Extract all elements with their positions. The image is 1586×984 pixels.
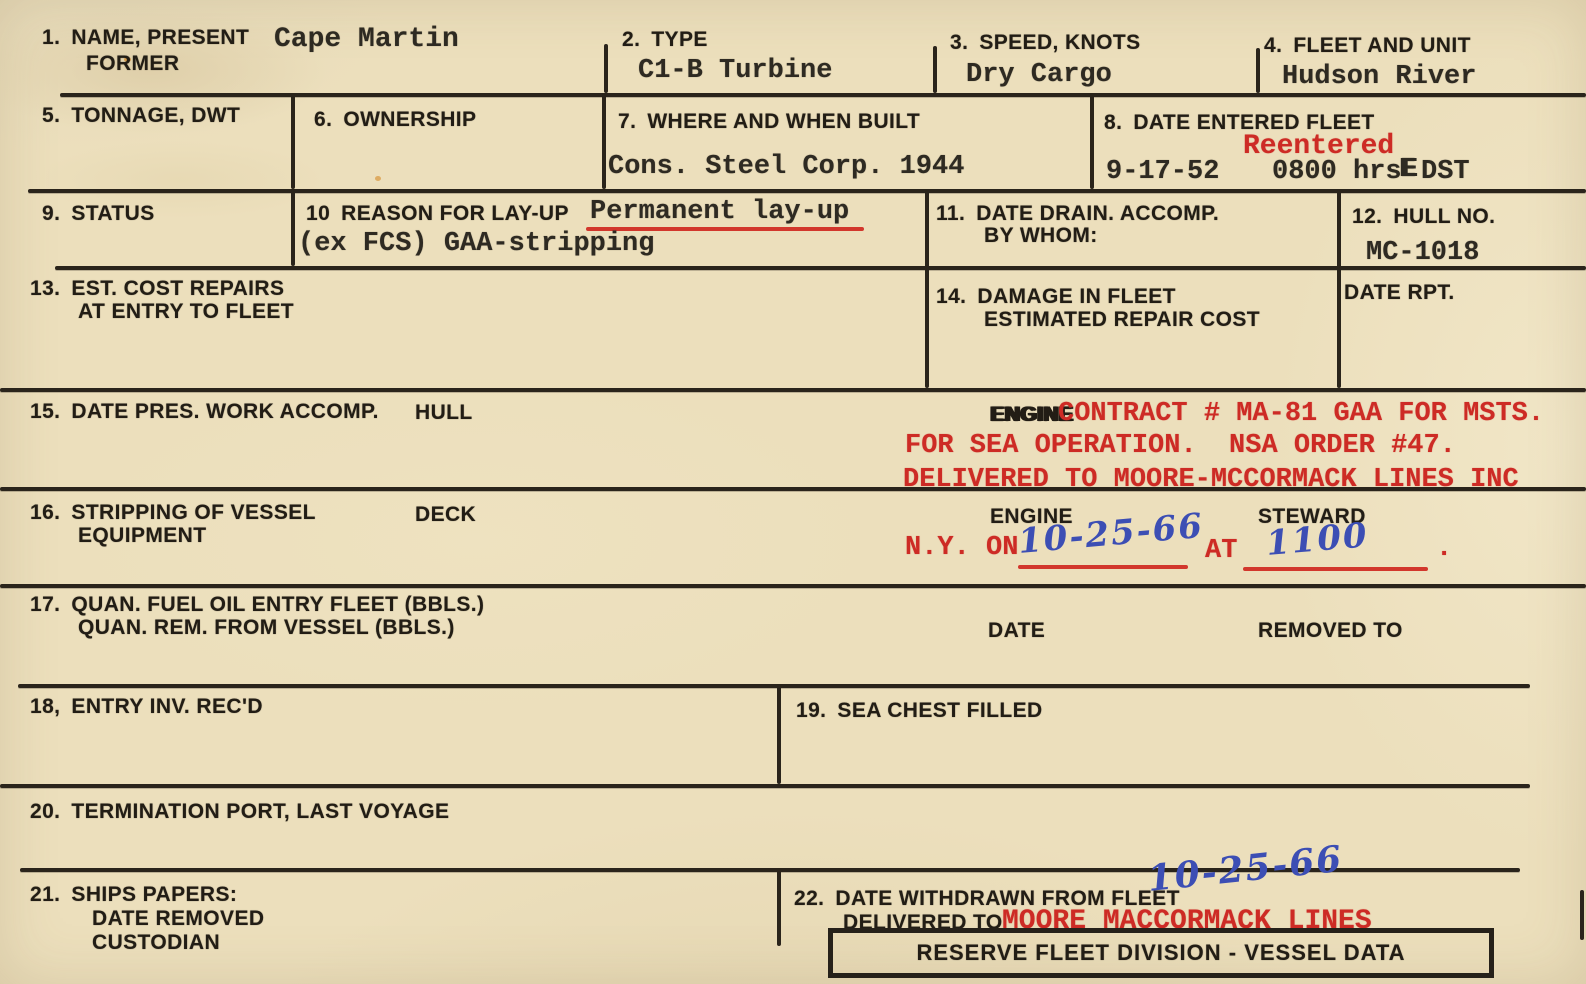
- field-8-tz-overstrike: E: [1400, 155, 1416, 185]
- field-14-label-text: DAMAGE IN FLEET: [977, 285, 1176, 308]
- grid-line-v: [291, 93, 295, 189]
- field-9-label: 9.STATUS: [42, 202, 155, 226]
- field-2-value: C1-B Turbine: [638, 56, 832, 86]
- field-17-num: 17.: [30, 593, 60, 617]
- field-8-tz: DST: [1421, 157, 1470, 187]
- grid-line-h: [55, 266, 1586, 270]
- field-18-label-text: ENTRY INV. REC'D: [71, 695, 263, 718]
- grid-line-h: [60, 93, 1586, 97]
- field-15-red-note-1: CONTRACT # MA-81 GAA FOR MSTS.: [1058, 399, 1544, 429]
- red-underline: [1243, 567, 1428, 571]
- field-4-label-text: FLEET AND UNIT: [1293, 34, 1470, 57]
- field-15-num: 15.: [30, 400, 60, 424]
- field-1-label2: FORMER: [86, 52, 179, 76]
- field-10-label-text: REASON FOR LAY-UP: [341, 202, 569, 225]
- field-16-deck-label: DECK: [415, 503, 476, 527]
- field-4-label: 4.FLEET AND UNIT: [1264, 34, 1471, 58]
- grid-line-v: [1090, 93, 1094, 189]
- field-19-num: 19.: [796, 699, 826, 723]
- field-2-num: 2.: [622, 28, 640, 52]
- grid-line-v: [604, 44, 608, 93]
- field-18-label: 18,ENTRY INV. REC'D: [30, 695, 263, 719]
- field-14-label: 14.DAMAGE IN FLEET: [936, 285, 1176, 309]
- grid-line-h: [0, 388, 1586, 392]
- field-13-label-text: EST. COST REPAIRS: [71, 277, 284, 300]
- red-underline: [1018, 565, 1188, 569]
- field-20-num: 20.: [30, 800, 60, 824]
- field-5-label: 5.TONNAGE, DWT: [42, 104, 240, 128]
- field-21-num: 21.: [30, 883, 60, 907]
- field-17-removed-to-label: REMOVED TO: [1258, 619, 1403, 643]
- field-22-blue-date: 10-25-66: [1146, 838, 1346, 900]
- field-11-num: 11.: [936, 202, 965, 226]
- field-7-num: 7.: [618, 110, 636, 134]
- field-7-label-text: WHERE AND WHEN BUILT: [647, 110, 920, 133]
- field-3-num: 3.: [950, 31, 968, 55]
- field-15-label-text: DATE PRES. WORK ACCOMP.: [71, 400, 379, 423]
- field-20-label-text: TERMINATION PORT, LAST VOYAGE: [71, 800, 449, 823]
- field-11-label2: BY WHOM:: [984, 224, 1098, 248]
- field-15-red-note-3: DELIVERED TO MOORE-MCCORMACK LINES INC: [903, 465, 1519, 495]
- field-1-label-text: NAME, PRESENT: [71, 26, 249, 49]
- field-17-label2: QUAN. REM. FROM VESSEL (BBLS.): [78, 616, 455, 640]
- field-17-label-text: QUAN. FUEL OIL ENTRY FLEET (BBLS.): [71, 593, 484, 616]
- field-21-label3: CUSTODIAN: [92, 931, 220, 955]
- grid-line-v: [1337, 189, 1341, 388]
- footer-title-box: RESERVE FLEET DIVISION - VESSEL DATA: [828, 928, 1494, 978]
- field-21-label-text: SHIPS PAPERS:: [71, 883, 237, 906]
- field-12-label-text: HULL NO.: [1393, 205, 1495, 228]
- field-4-num: 4.: [1264, 34, 1282, 58]
- field-13-label: 13.EST. COST REPAIRS: [30, 277, 284, 301]
- field-5-num: 5.: [42, 104, 60, 128]
- field-8-date: 9-17-52: [1106, 157, 1219, 187]
- field-2-label: 2.TYPE: [622, 28, 708, 52]
- field-16-red-period: .: [1436, 534, 1452, 564]
- field-10-value2: (ex FCS) GAA-stripping: [298, 229, 654, 259]
- field-10-value: Permanent lay-up: [590, 197, 849, 227]
- field-16-num: 16.: [30, 501, 60, 525]
- field-1-value: Cape Martin: [274, 24, 459, 55]
- grid-line-h: [28, 189, 1586, 193]
- footer-title: RESERVE FLEET DIVISION - VESSEL DATA: [916, 940, 1405, 966]
- field-5-label-text: TONNAGE, DWT: [71, 104, 240, 127]
- grid-line-v: [291, 189, 295, 266]
- field-1-num: 1.: [42, 26, 60, 50]
- field-3-value: Dry Cargo: [966, 60, 1112, 90]
- field-16-label2: EQUIPMENT: [78, 524, 206, 548]
- grid-line-v: [925, 189, 929, 388]
- grid-line-v: [1256, 48, 1260, 93]
- field-10-label: 10REASON FOR LAY-UP: [306, 202, 569, 226]
- field-16-label: 16.STRIPPING OF VESSEL: [30, 501, 316, 525]
- field-6-label-text: OWNERSHIP: [343, 108, 476, 131]
- grid-line-v: [777, 868, 781, 946]
- field-12-value: MC-1018: [1366, 238, 1479, 268]
- field-11-label: 11.DATE DRAIN. ACCOMP.: [936, 202, 1219, 226]
- field-9-num: 9.: [42, 202, 60, 226]
- grid-line-v: [602, 93, 606, 189]
- field-20-label: 20.TERMINATION PORT, LAST VOYAGE: [30, 800, 449, 824]
- field-12-num: 12.: [1352, 205, 1382, 229]
- field-2-label-text: TYPE: [651, 28, 707, 51]
- field-13-label2: AT ENTRY TO FLEET: [78, 300, 294, 324]
- vessel-data-card: 1.NAME, PRESENT FORMER Cape Martin 2.TYP…: [0, 0, 1586, 984]
- field-6-label: 6.OWNERSHIP: [314, 108, 476, 132]
- grid-line-h: [0, 784, 1530, 788]
- grid-line-v: [933, 46, 937, 93]
- field-16-red-ny-on: N.Y. ON: [905, 533, 1018, 563]
- field-15-hull-label: HULL: [415, 401, 473, 425]
- field-12-label: 12.HULL NO.: [1352, 205, 1495, 229]
- field-16-blue-time: 1100: [1265, 515, 1371, 564]
- grid-line-v: [777, 684, 781, 784]
- field-17-label: 17.QUAN. FUEL OIL ENTRY FLEET (BBLS.): [30, 593, 484, 617]
- field-18-num: 18,: [30, 695, 60, 719]
- field-16-red-at: AT: [1205, 536, 1237, 566]
- field-1-label: 1.NAME, PRESENT: [42, 26, 249, 50]
- field-15-red-note-2: FOR SEA OPERATION. NSA ORDER #47.: [905, 431, 1456, 461]
- field-13-num: 13.: [30, 277, 60, 301]
- grid-line-h: [0, 584, 1586, 588]
- field-8-time: 0800 hrs: [1272, 157, 1402, 187]
- field-7-value: Cons. Steel Corp. 1944: [608, 152, 964, 182]
- field-21-label2: DATE REMOVED: [92, 907, 264, 931]
- field-7-label: 7.WHERE AND WHEN BUILT: [618, 110, 920, 134]
- field-14-label2: ESTIMATED REPAIR COST: [984, 308, 1260, 332]
- field-10-num: 10: [306, 202, 330, 226]
- field-9-label-text: STATUS: [71, 202, 154, 225]
- field-4-value: Hudson River: [1282, 62, 1476, 92]
- field-3-label: 3.SPEED, KNOTS: [950, 31, 1141, 55]
- field-21-label: 21.SHIPS PAPERS:: [30, 883, 237, 907]
- field-6-num: 6.: [314, 108, 332, 132]
- grid-line-v: [1580, 890, 1584, 940]
- field-3-label-text: SPEED, KNOTS: [979, 31, 1140, 54]
- field-11-label-text: DATE DRAIN. ACCOMP.: [976, 202, 1219, 225]
- field-14-num: 14.: [936, 285, 966, 309]
- field-14-date-rpt-label: DATE RPT.: [1344, 281, 1455, 305]
- paper-speck: [375, 176, 381, 181]
- grid-line-h: [18, 684, 1530, 688]
- field-19-label: 19.SEA CHEST FILLED: [796, 699, 1043, 723]
- field-15-label: 15.DATE PRES. WORK ACCOMP.: [30, 400, 379, 424]
- field-19-label-text: SEA CHEST FILLED: [837, 699, 1042, 722]
- field-8-num: 8.: [1104, 111, 1122, 135]
- field-22-num: 22.: [794, 887, 824, 911]
- field-16-label-text: STRIPPING OF VESSEL: [71, 501, 315, 524]
- field-17-date-label: DATE: [988, 619, 1045, 643]
